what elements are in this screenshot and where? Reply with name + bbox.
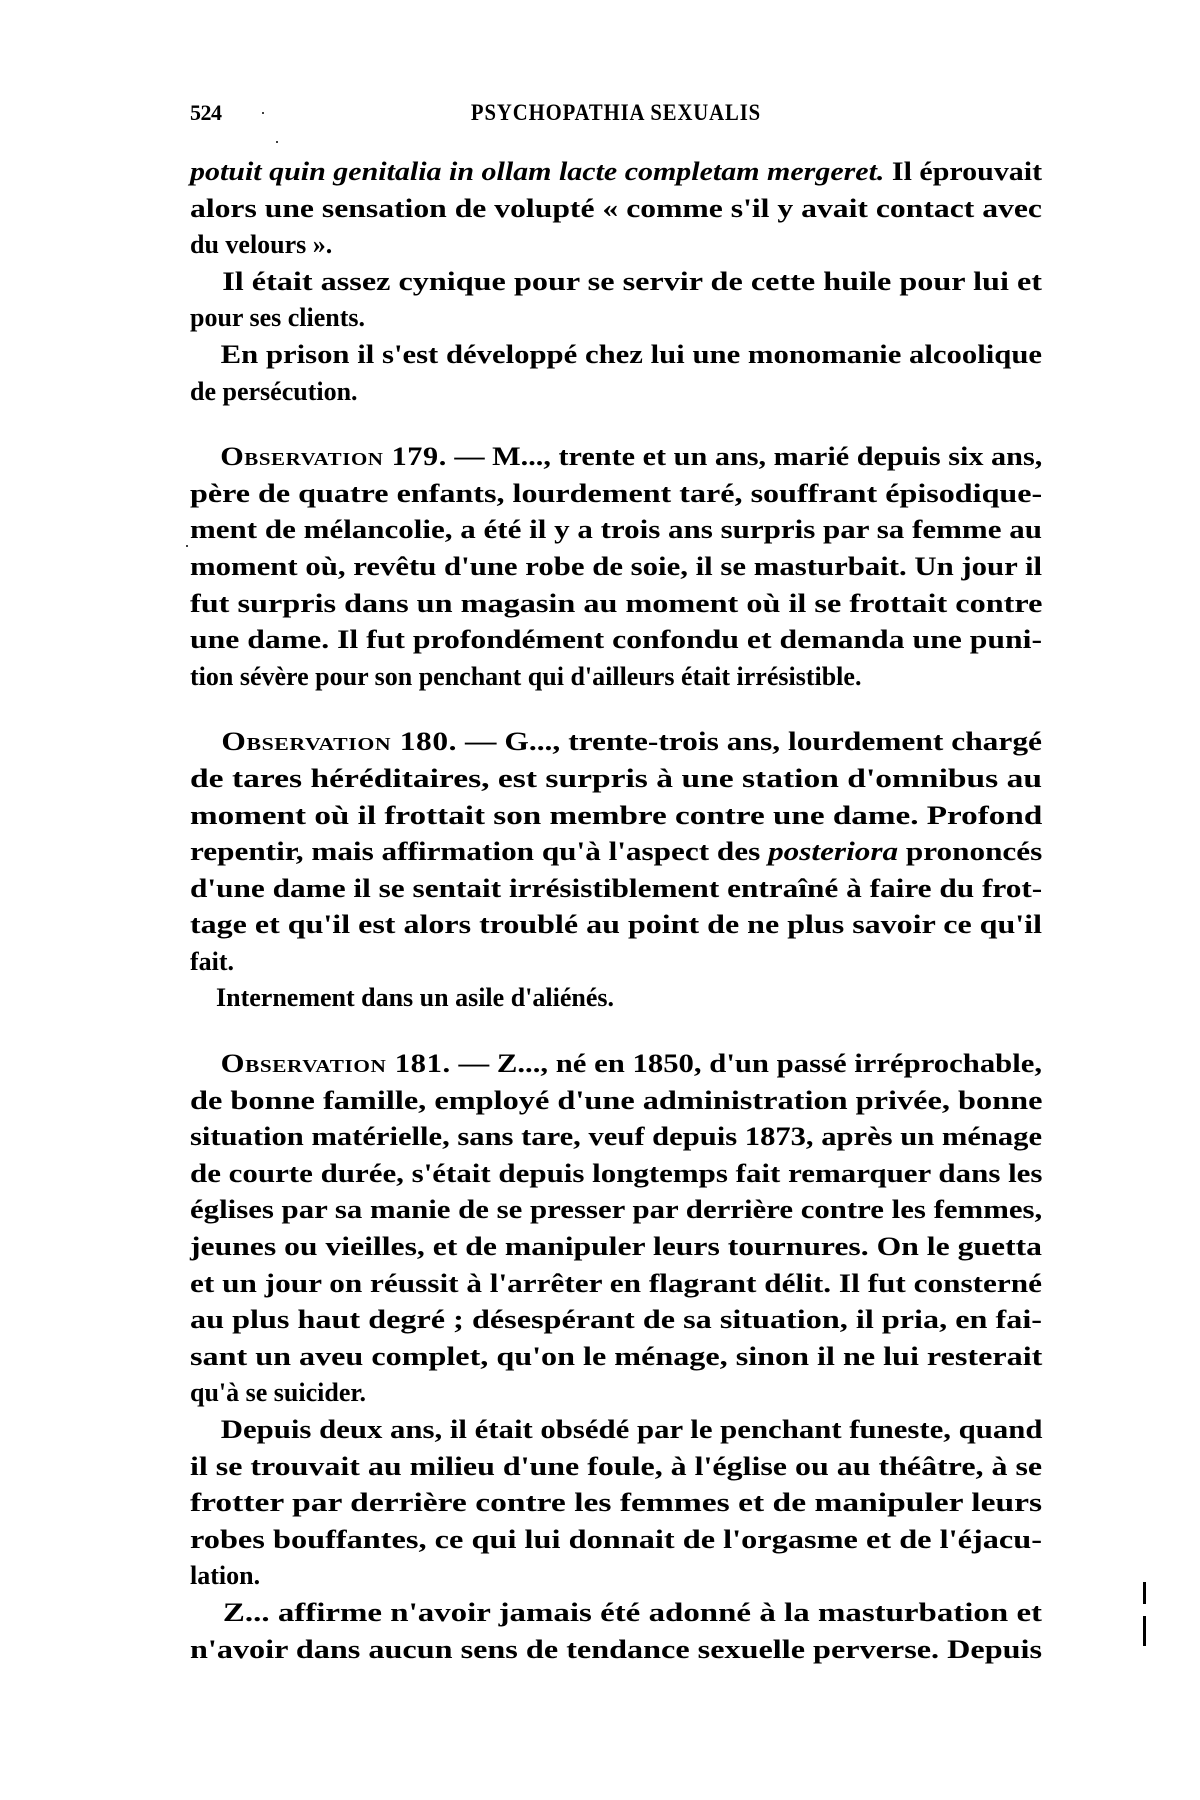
text-line: repentir, mais affirmation qu'à l'aspect… [190, 834, 1042, 871]
text-line: tage et qu'il est alors troublé au point… [190, 907, 1042, 944]
scan-speck [276, 141, 278, 143]
text-line: Il était assez cynique pour se servir de… [190, 264, 1042, 301]
text-line: sant un aveu complet, qu'on le ménage, s… [190, 1339, 1042, 1376]
text-line: fut surpris dans un magasin au moment où… [190, 586, 1042, 623]
margin-mark [1143, 1582, 1146, 1604]
page-header: 524 PSYCHOPATHIA SEXUALIS [190, 100, 1042, 136]
text-line: Depuis deux ans, il était obsédé par le … [190, 1412, 1042, 1449]
text-line: lation. [190, 1558, 1042, 1595]
text-line: En prison il s'est développé chez lui un… [190, 337, 1042, 374]
paragraph-cynique: Il était assez cynique pour se servir de… [190, 264, 1042, 337]
observation-heading: Observation 181. [221, 1049, 451, 1078]
page-body: potuit quin genitalia in ollam lacte com… [190, 154, 1042, 1668]
book-page: 524 PSYCHOPATHIA SEXUALIS potuit quin ge… [190, 100, 1042, 1668]
text-line: Internement dans un asile d'aliénés. [190, 980, 1042, 1017]
text-line: une dame. Il fut profondément confondu e… [190, 622, 1042, 659]
text-line: jeunes ou vieilles, et de manipuler leur… [190, 1229, 1042, 1266]
text-line: au plus haut degré ; désespérant de sa s… [190, 1302, 1042, 1339]
latin-word: posteriora [768, 837, 898, 866]
paragraph-affirme: Z... affirme n'avoir jamais été adonné à… [190, 1595, 1042, 1668]
text-line: et un jour on réussit à l'arrêter en fla… [190, 1266, 1042, 1303]
text-line: Observation 181. — Z..., né en 1850, d'u… [190, 1046, 1042, 1083]
scan-speck [186, 545, 188, 547]
text-line: père de quatre enfants, lourdement taré,… [190, 476, 1042, 513]
text-line: il se trouvait au milieu d'une foule, à … [190, 1449, 1042, 1486]
running-title: PSYCHOPATHIA SEXUALIS [233, 100, 1000, 126]
text-line: Observation 180. — G..., trente-trois an… [190, 724, 1042, 761]
text-line: de courte durée, s'était depuis longtemp… [190, 1156, 1042, 1193]
text-line: tion sévère pour son penchant qui d'aill… [190, 659, 1042, 696]
page-number: 524 [190, 100, 222, 126]
paragraph-internement: Internement dans un asile d'aliénés. [190, 980, 1042, 1017]
text-line: fait. [190, 944, 1042, 981]
latin-phrase: potuit quin genitalia in ollam lacte com… [190, 157, 884, 186]
observation-180: Observation 180. — G..., trente-trois an… [190, 724, 1042, 980]
text-line: de bonne famille, employé d'une administ… [190, 1083, 1042, 1120]
scan-speck [262, 112, 264, 114]
text-line: églises par sa manie de se presser par d… [190, 1192, 1042, 1229]
observation-181: Observation 181. — Z..., né en 1850, d'u… [190, 1046, 1042, 1412]
text-line: qu'à se suicider. [190, 1375, 1042, 1412]
text-line: d'une dame il se sentait irrésistiblemen… [190, 871, 1042, 908]
paragraph-prison: En prison il s'est développé chez lui un… [190, 337, 1042, 410]
observation-heading: Observation 180. [221, 727, 457, 756]
text-line: frotter par derrière contre les femmes e… [190, 1485, 1042, 1522]
text-line: pour ses clients. [190, 300, 1042, 337]
observation-heading: Observation 179. [220, 442, 447, 471]
paragraph-depuis-deux-ans: Depuis deux ans, il était obsédé par le … [190, 1412, 1042, 1595]
text-line: de persécution. [190, 374, 1042, 411]
text-line: de tares héréditaires, est surpris à une… [190, 761, 1042, 798]
text-line: Z... affirme n'avoir jamais été adonné à… [190, 1595, 1042, 1632]
observation-179: Observation 179. — M..., trente et un an… [190, 439, 1042, 695]
text-line: alors une sensation de volupté « comme s… [190, 191, 1042, 228]
text-line: ment de mélancolie, a été il y a trois a… [190, 512, 1042, 549]
text-line: moment où il frottait son membre contre … [190, 798, 1042, 835]
paragraph-continuation: potuit quin genitalia in ollam lacte com… [190, 154, 1042, 264]
text-line: potuit quin genitalia in ollam lacte com… [190, 154, 1042, 191]
text-line: robes bouffantes, ce qui lui donnait de … [190, 1522, 1042, 1559]
text-line: Observation 179. — M..., trente et un an… [190, 439, 1042, 476]
margin-mark [1143, 1616, 1146, 1646]
text-line: du velours ». [190, 227, 1042, 264]
text-line: moment où, revêtu d'une robe de soie, il… [190, 549, 1042, 586]
text-line: n'avoir dans aucun sens de tendance sexu… [190, 1632, 1042, 1669]
text-line: situation matérielle, sans tare, veuf de… [190, 1119, 1042, 1156]
